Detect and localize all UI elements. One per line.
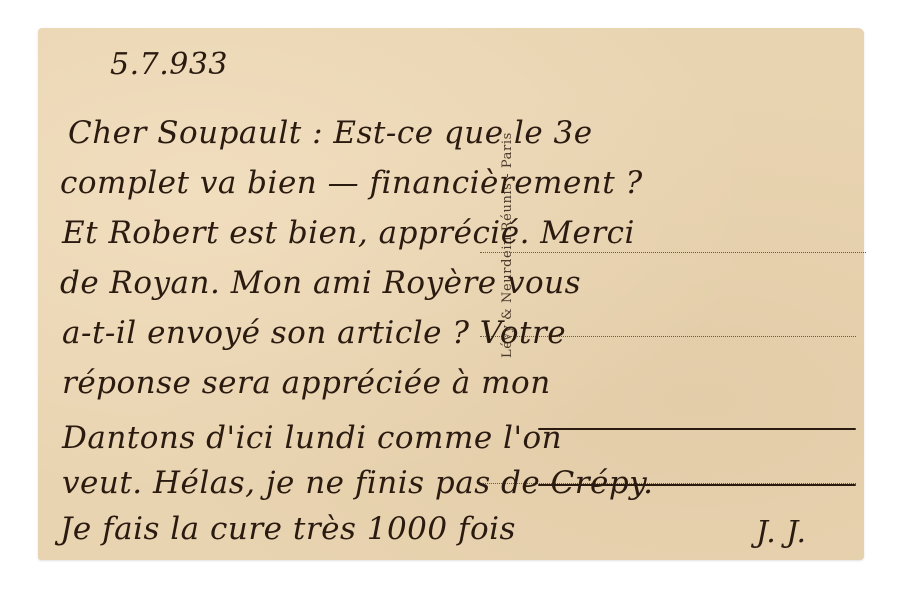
date: 5.7.933: [110, 50, 228, 80]
handwritten-line-2: complet va bien — financièrement ?: [60, 168, 643, 199]
handwritten-line-4: de Royan. Mon ami Royère vous: [60, 268, 581, 299]
signature: J. J.: [756, 518, 807, 548]
address-line-1: [480, 252, 866, 253]
handwritten-line-9: Je fais la cure très 1000 fois: [60, 514, 516, 545]
handwritten-line-1: Cher Soupault : Est-ce que le 3e: [68, 118, 593, 149]
handwritten-line-6: réponse sera appréciée à mon: [62, 368, 551, 399]
handwritten-line-7: Dantons d'ici lundi comme l'on: [62, 423, 562, 454]
strike-through-2: [538, 484, 856, 486]
handwritten-line-3: Et Robert est bien, apprécié. Merci: [62, 218, 635, 249]
handwritten-line-5: a-t-il envoyé son article ? Votre: [62, 318, 566, 349]
postcard: Lévy & Neurdein Réunis - Paris 5.7.933 C…: [38, 28, 864, 560]
strike-through-1: [538, 428, 856, 430]
